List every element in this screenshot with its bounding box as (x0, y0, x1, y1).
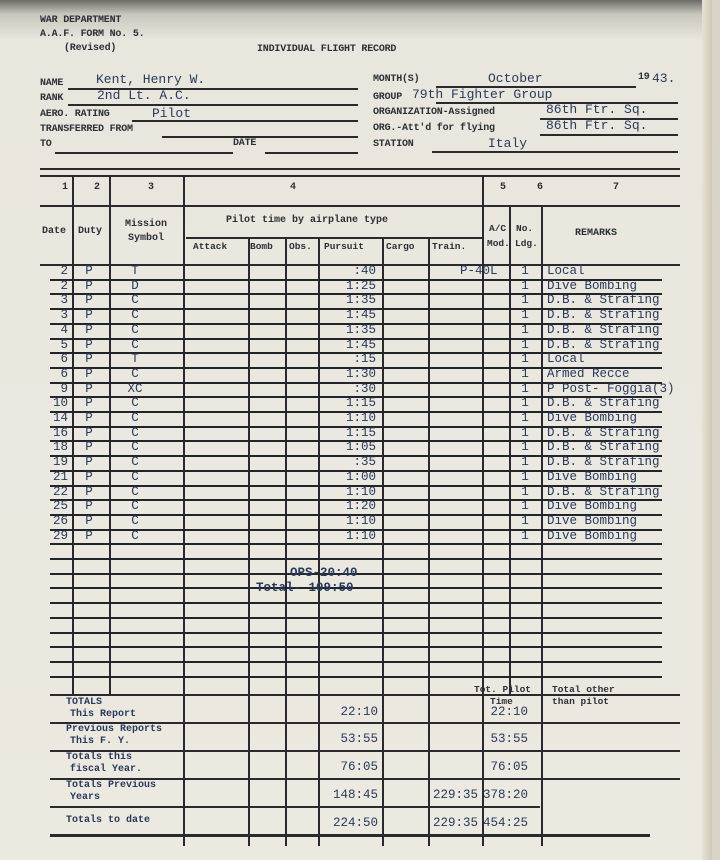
header-attack: Attack (193, 241, 227, 252)
cell-date: 21 (40, 470, 68, 484)
header-cargo: Cargo (386, 241, 415, 252)
totals-label: Totals to date (66, 815, 150, 826)
cell-duty: P (78, 514, 100, 528)
cell-landings: 1 (512, 529, 538, 543)
totals-pursuit: 76:05 (318, 760, 378, 774)
cell-remarks: Dive Bombing (547, 411, 637, 425)
cell-duty: P (78, 396, 100, 410)
cell-mission: C (120, 440, 150, 454)
col-number-6: 6 (537, 182, 543, 193)
org-att-label: ORG.-Att'd for flying (373, 123, 495, 134)
row-divider (50, 543, 662, 545)
cell-pursuit: 1:35 (320, 293, 376, 307)
cell-remarks: P Post- Foggia(3) (547, 382, 675, 396)
col-number-5: 5 (500, 182, 506, 193)
form-title: INDIVIDUAL FLIGHT RECORD (257, 44, 396, 55)
totals-label-2: fiscal Year. (70, 764, 142, 775)
cell-date: 6 (40, 352, 68, 366)
group-value: 79th Fighter Group (412, 87, 552, 102)
rating-label: AERO. RATING (40, 109, 110, 120)
totals-pursuit: 22:10 (318, 705, 378, 719)
cell-landings: 1 (512, 279, 538, 293)
cell-mission: C (120, 308, 150, 322)
totals-pilot-time: 378:20 (470, 788, 528, 802)
header-mission-symbol: Symbol (128, 233, 164, 244)
cell-landings: 1 (512, 352, 538, 366)
cell-mission: C (120, 499, 150, 513)
cell-landings: 1 (512, 308, 538, 322)
totals-label-2: This Report (70, 709, 136, 720)
cell-remarks: Armed Recce (547, 367, 630, 381)
flight-record-page: WAR DEPARTMENT A.A.F. FORM No. 5. (Revis… (0, 0, 712, 860)
totals-label: Totals this (66, 752, 132, 763)
header-no: No. (516, 223, 533, 234)
cell-remarks: Dive Bombing (547, 470, 637, 484)
totals-label: Previous Reports (66, 724, 162, 735)
cell-pursuit: 1:30 (320, 367, 376, 381)
cell-landings: 1 (512, 338, 538, 352)
cell-duty: P (78, 470, 100, 484)
totals-train: 229:35 (400, 788, 478, 802)
totals-divider (50, 694, 680, 696)
row-divider (50, 617, 662, 619)
cell-mission: C (120, 411, 150, 425)
cell-pursuit: 1:10 (320, 485, 376, 499)
totals-pursuit: 53:55 (318, 732, 378, 746)
cell-landings: 1 (512, 440, 538, 454)
totals-pilot-time: 76:05 (470, 760, 528, 774)
cell-mission: C (120, 338, 150, 352)
form-revised: (Revised) (64, 43, 116, 54)
cell-duty: P (78, 264, 100, 278)
cell-pursuit: 1:05 (320, 440, 376, 454)
cell-landings: 1 (512, 455, 538, 469)
row-divider (50, 676, 662, 678)
cell-date: 3 (40, 308, 68, 322)
month-label: MONTH(S) (373, 74, 419, 85)
cell-landings: 1 (512, 426, 538, 440)
cell-remarks: Dive Bombing (547, 279, 637, 293)
total-note: Total- 109:50 (256, 581, 354, 595)
cell-mission: C (120, 426, 150, 440)
cell-mission: XC (120, 382, 150, 396)
cell-pursuit: :40 (320, 264, 376, 278)
cell-duty: P (78, 338, 100, 352)
header-duty: Duty (78, 226, 102, 237)
cell-date: 5 (40, 338, 68, 352)
header-train: Train. (432, 241, 466, 252)
header-pilot-time: Pilot time by airplane type (226, 215, 388, 226)
cell-pursuit: 1:15 (320, 426, 376, 440)
cell-mission: C (120, 367, 150, 381)
cell-pursuit: 1:20 (320, 499, 376, 513)
cell-duty: P (78, 279, 100, 293)
cell-remarks: D.B. & Strafing (547, 440, 660, 454)
cell-date: 19 (40, 455, 68, 469)
cell-date: 2 (40, 279, 68, 293)
cell-remarks: D.B. & Strafing (547, 323, 660, 337)
cell-duty: P (78, 426, 100, 440)
cell-remarks: D.B. & Strafing (547, 485, 660, 499)
cell-landings: 1 (512, 382, 538, 396)
col-number-1: 1 (62, 182, 68, 193)
col-number-3: 3 (148, 182, 154, 193)
cell-date: 9 (40, 382, 68, 396)
cell-remarks: Dive Bombing (547, 529, 637, 543)
station-label: STATION (373, 139, 414, 150)
rank-label: RANK (40, 93, 63, 104)
cell-remarks: Local (547, 264, 585, 278)
cell-date: 25 (40, 499, 68, 513)
form-dept: WAR DEPARTMENT (40, 15, 121, 26)
cell-duty: P (78, 367, 100, 381)
cell-pursuit: 1:45 (320, 338, 376, 352)
cell-pursuit: 1:45 (320, 308, 376, 322)
cell-duty: P (78, 455, 100, 469)
totals-label-2: Years (70, 792, 100, 803)
cell-ac-model: P-40L (460, 264, 498, 278)
cell-pursuit: :15 (320, 352, 376, 366)
totals-train: 229:35 (400, 816, 478, 830)
col-number-7: 7 (613, 182, 619, 193)
cell-remarks: Local (547, 352, 585, 366)
cell-remarks: D.B. & Strafing (547, 293, 660, 307)
header-mission: Mission (125, 219, 167, 230)
totals-pilot-time: 22:10 (470, 705, 528, 719)
cell-landings: 1 (512, 485, 538, 499)
cell-remarks: D.B. & Strafing (547, 308, 660, 322)
cell-date: 29 (40, 529, 68, 543)
cell-mission: C (120, 323, 150, 337)
totals-pilot-time: 454:25 (470, 816, 528, 830)
totals-divider (50, 806, 540, 808)
row-divider (50, 646, 662, 648)
rating-value: Pilot (152, 106, 191, 121)
cell-date: 10 (40, 396, 68, 410)
cell-mission: T (120, 352, 150, 366)
header-ldg: Ldg. (515, 238, 538, 249)
cell-mission: C (120, 293, 150, 307)
totals-label-2: This F. Y. (70, 736, 130, 747)
date-label: DATE (233, 138, 256, 149)
year-value: 43. (652, 71, 675, 86)
totals-pilot-time: 53:55 (470, 732, 528, 746)
cell-remarks: Dive Bombing (547, 499, 637, 513)
totals-divider (50, 834, 650, 837)
cell-date: 22 (40, 485, 68, 499)
cell-duty: P (78, 499, 100, 513)
cell-mission: C (120, 529, 150, 543)
cell-pursuit: 1:10 (320, 411, 376, 425)
totals-pursuit: 148:45 (318, 788, 378, 802)
cell-date: 18 (40, 440, 68, 454)
cell-duty: P (78, 440, 100, 454)
col-number-2: 2 (94, 182, 100, 193)
cell-landings: 1 (512, 470, 538, 484)
name-value: Kent, Henry W. (96, 72, 205, 87)
cell-date: 26 (40, 514, 68, 528)
station-value: Italy (488, 136, 527, 151)
cell-duty: P (78, 293, 100, 307)
name-label: NAME (40, 78, 63, 89)
header-ac: A/C (489, 223, 506, 234)
cell-date: 16 (40, 426, 68, 440)
cell-date: 6 (40, 367, 68, 381)
org-att-value: 86th Ftr. Sq. (546, 118, 647, 133)
cell-pursuit: :35 (320, 455, 376, 469)
cell-date: 4 (40, 323, 68, 337)
cell-remarks: D.B. & Strafing (547, 455, 660, 469)
cell-pursuit: 1:25 (320, 279, 376, 293)
cell-remarks: D.B. & Strafing (547, 338, 660, 352)
row-divider (50, 558, 662, 560)
cell-duty: P (78, 529, 100, 543)
cell-date: 14 (40, 411, 68, 425)
cell-landings: 1 (512, 264, 538, 278)
header-obs: Obs. (289, 241, 312, 252)
header-ac-mod: Mod. (487, 238, 510, 249)
cell-landings: 1 (512, 514, 538, 528)
transferred-label: TRANSFERRED FROM (40, 124, 133, 135)
group-label: GROUP (373, 92, 402, 103)
cell-remarks: D.B. & Strafing (547, 426, 660, 440)
totals-pursuit: 224:50 (318, 816, 378, 830)
other-label-2: than pilot (552, 696, 609, 707)
page-edge (702, 0, 712, 860)
cell-date: 3 (40, 293, 68, 307)
cell-duty: P (78, 411, 100, 425)
totals-divider (50, 750, 680, 752)
cell-remarks: D.B. & Strafing (547, 396, 660, 410)
cell-duty: P (78, 323, 100, 337)
cell-landings: 1 (512, 367, 538, 381)
cell-mission: D (120, 279, 150, 293)
header-date: Date (42, 226, 66, 237)
cell-date: 2 (40, 264, 68, 278)
cell-duty: P (78, 382, 100, 396)
totals-label: TOTALS (66, 697, 102, 708)
row-divider (50, 632, 662, 634)
rank-value: 2nd Lt. A.C. (97, 88, 191, 103)
row-divider (50, 587, 662, 589)
cell-duty: P (78, 485, 100, 499)
row-divider (50, 661, 662, 663)
row-divider (50, 602, 662, 604)
cell-mission: C (120, 470, 150, 484)
cell-pursuit: 1:00 (320, 470, 376, 484)
totals-label: Totals Previous (66, 780, 156, 791)
cell-landings: 1 (512, 499, 538, 513)
cell-mission: C (120, 485, 150, 499)
header-remarks: REMARKS (575, 228, 617, 239)
cell-mission: C (120, 455, 150, 469)
org-value: 86th Ftr. Sq. (546, 102, 647, 117)
cell-mission: C (120, 396, 150, 410)
to-label: TO (40, 139, 52, 150)
header-bomb: Bomb (250, 241, 273, 252)
cell-pursuit: 1:10 (320, 529, 376, 543)
cell-mission: C (120, 514, 150, 528)
cell-remarks: Dive Bombing (547, 514, 637, 528)
col-number-4: 4 (290, 182, 296, 193)
cell-duty: P (78, 308, 100, 322)
org-label: ORGANIZATION-Assigned (373, 107, 495, 118)
cell-landings: 1 (512, 323, 538, 337)
year-prefix: 19 (638, 72, 650, 83)
cell-landings: 1 (512, 396, 538, 410)
cell-mission: T (120, 264, 150, 278)
cell-pursuit: 1:10 (320, 514, 376, 528)
ops-note: OPS-20:40 (290, 566, 358, 580)
cell-pursuit: 1:35 (320, 323, 376, 337)
cell-landings: 1 (512, 293, 538, 307)
header-pursuit: Pursuit (324, 241, 364, 252)
cell-pursuit: 1:15 (320, 396, 376, 410)
cell-landings: 1 (512, 411, 538, 425)
form-number: A.A.F. FORM No. 5. (40, 29, 144, 40)
cell-duty: P (78, 352, 100, 366)
cell-pursuit: :30 (320, 382, 376, 396)
month-value: October (488, 71, 543, 86)
